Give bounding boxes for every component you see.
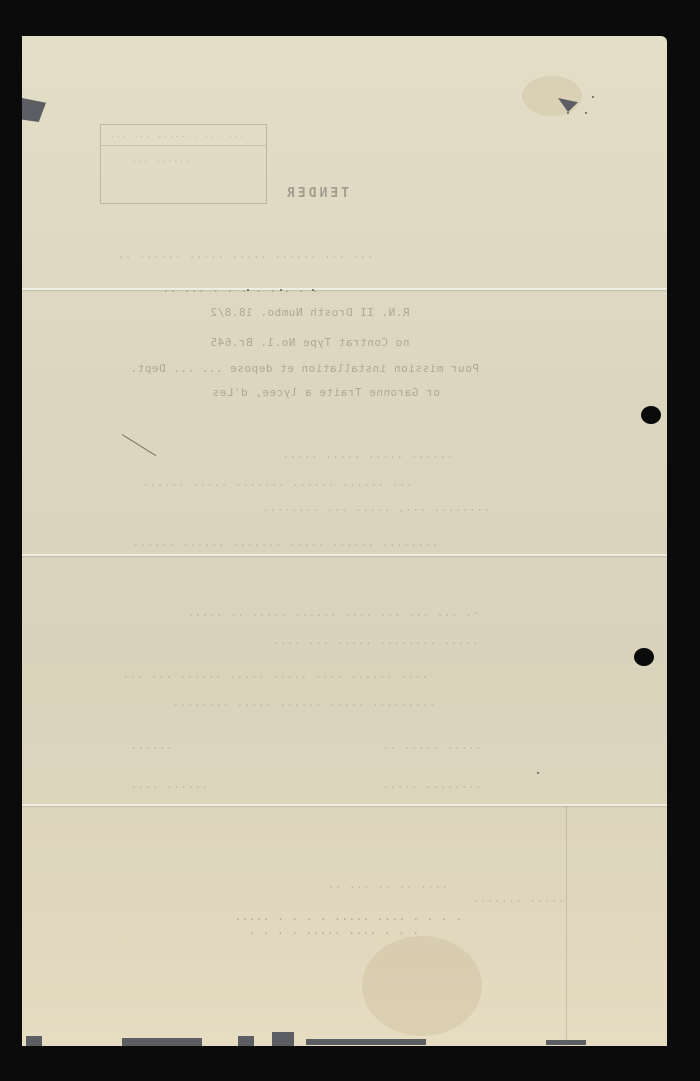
- text-line: ...... ....: [130, 778, 208, 791]
- fold-line-vertical: [566, 806, 567, 1046]
- text-line: ........ ..., ..... ... ........: [262, 501, 490, 514]
- text-line: ......: [130, 739, 173, 752]
- fold-line: [22, 804, 667, 806]
- stamp-box: ... ... ....... ... ... ...... ...: [100, 124, 267, 204]
- fold-line: [22, 288, 667, 290]
- ink-dot: [567, 112, 569, 114]
- paper-sheet: ... ... ....... ... ... ...... ... TENDE…: [22, 36, 667, 1046]
- fold-line: [22, 554, 667, 556]
- text-line: .... .. .. ... ..: [327, 878, 448, 891]
- ink-dot: [592, 96, 594, 98]
- punch-hole: [641, 406, 661, 424]
- text-line: ...... ..... ..... .....: [282, 448, 453, 461]
- text-line: -. ... ... ... .... ...... ..... .. ....…: [187, 606, 479, 619]
- ink-dot: [585, 112, 587, 114]
- punch-hole: [634, 648, 654, 666]
- text-line: R.N. II Drosth Numbo. 18.8/2: [210, 306, 409, 319]
- text-line: . . . .... ..... . . . .: [248, 924, 419, 937]
- text-line: ... ... ...... ..... ..... ...... ..: [117, 248, 373, 261]
- text-line: or Garonne Traite a lycee, d'Les: [212, 386, 440, 399]
- stamp-divider: [101, 145, 266, 146]
- text-line: Pour mission installation et depose ... …: [130, 362, 479, 375]
- paper-stain: [362, 936, 482, 1036]
- text-line: no Contrat Type No.1. Br.645: [210, 336, 409, 349]
- paper-stain: [522, 76, 582, 116]
- text-line: ......... ..... ...... ..... ........: [172, 696, 436, 709]
- text-line: ..... ..... ..: [382, 739, 482, 752]
- stamp-text: ...... ...: [131, 155, 190, 165]
- document-title: TENDER: [284, 186, 349, 201]
- text-line: . . . . . . . . ... ..: [162, 282, 319, 295]
- ink-dot: [312, 289, 314, 291]
- ink-dot: [280, 289, 282, 291]
- ink-dot: [247, 289, 249, 291]
- text-line: ... ...... ...... ....... ..... ......: [142, 476, 413, 489]
- text-line: ..... ........ ..... ... ....: [272, 634, 479, 647]
- text-line: ........ .....: [382, 778, 482, 791]
- ink-dot: [537, 772, 539, 774]
- text-line: . . . . .... ..... . . . . .....: [234, 910, 462, 923]
- text-line: ........ ...... ..... ....... ...... ...…: [132, 536, 438, 549]
- text-line: ..... .......: [472, 892, 565, 905]
- torn-bottom-edge: [26, 1036, 666, 1046]
- pencil-mark: [122, 434, 156, 456]
- stamp-text: ... ... ....... ... ...: [109, 130, 245, 140]
- text-line: .... ...... .... ..... ..... ...... ... …: [122, 668, 428, 681]
